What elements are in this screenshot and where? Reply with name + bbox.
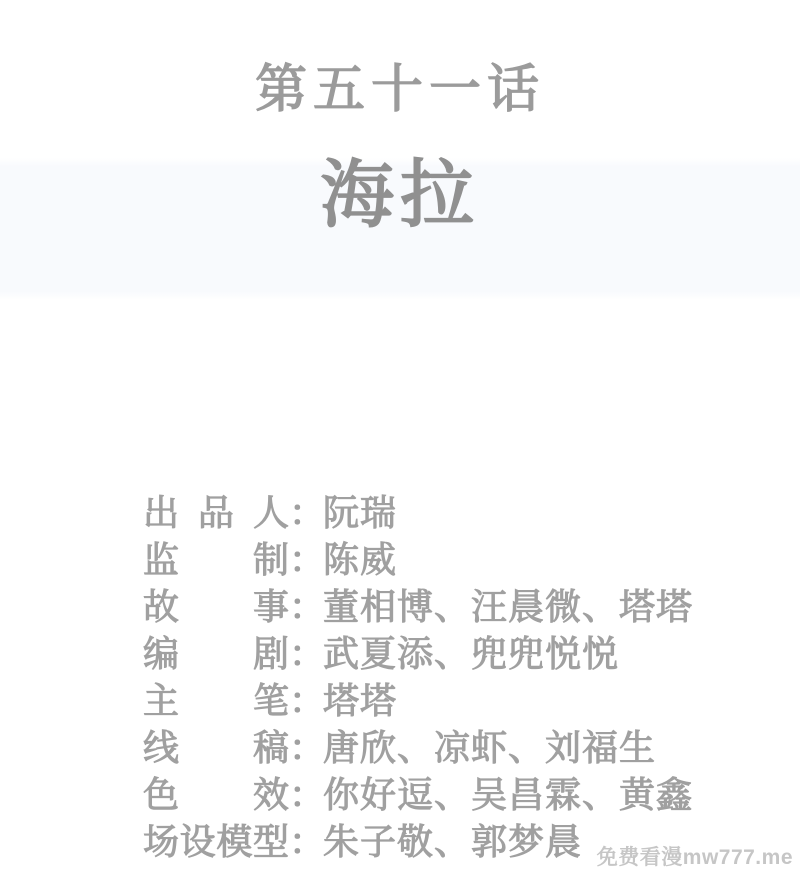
credit-role-char: 剧 — [253, 631, 289, 678]
credit-role-label: 出品人 — [143, 490, 289, 537]
credit-role-char: 效 — [253, 772, 289, 819]
credit-role-label: 线稿 — [143, 725, 289, 772]
credit-role-label: 场设模型 — [143, 819, 289, 866]
credit-colon: ： — [289, 772, 323, 819]
manga-chapter-title-page: 第五十一话 海拉 出品人：阮瑞监制：陈威故事：董相博、汪晨微、塔塔编剧：武夏添、… — [0, 0, 800, 875]
credit-colon: ： — [289, 819, 323, 866]
credit-names: 董相博、汪晨微、塔塔 — [323, 584, 693, 631]
credit-names: 唐欣、凉虾、刘福生 — [323, 725, 656, 772]
credit-row: 编剧：武夏添、兜兜悦悦 — [143, 631, 693, 678]
credit-names: 武夏添、兜兜悦悦 — [323, 631, 619, 678]
credit-role-label: 故事 — [143, 584, 289, 631]
credit-role-label: 编剧 — [143, 631, 289, 678]
credit-role-char: 设 — [180, 819, 216, 866]
credit-role-char: 品 — [198, 490, 234, 537]
credit-colon: ： — [289, 725, 323, 772]
credit-row: 出品人：阮瑞 — [143, 490, 693, 537]
credit-role-char: 出 — [143, 490, 179, 537]
credit-role-char: 型 — [253, 819, 289, 866]
credit-role-char: 人 — [253, 490, 289, 537]
credit-role-label: 色效 — [143, 772, 289, 819]
credit-row: 色效：你好逗、吴昌霖、黄鑫 — [143, 772, 693, 819]
credit-row: 线稿：唐欣、凉虾、刘福生 — [143, 725, 693, 772]
credit-role-char: 笔 — [253, 678, 289, 725]
credit-names: 你好逗、吴昌霖、黄鑫 — [323, 772, 693, 819]
credit-role-char: 模 — [216, 819, 252, 866]
credit-role-char: 事 — [253, 584, 289, 631]
credit-role-label: 主笔 — [143, 678, 289, 725]
credit-row: 故事：董相博、汪晨微、塔塔 — [143, 584, 693, 631]
watermark-text: 免费看漫mw777.me — [597, 841, 793, 871]
credit-role-char: 编 — [143, 631, 179, 678]
credit-role-char: 稿 — [253, 725, 289, 772]
credit-role-char: 色 — [143, 772, 179, 819]
credit-names: 阮瑞 — [323, 490, 397, 537]
credit-colon: ： — [289, 678, 323, 725]
credit-role-char: 线 — [143, 725, 179, 772]
credit-role-char: 制 — [253, 537, 289, 584]
credits-list: 出品人：阮瑞监制：陈威故事：董相博、汪晨微、塔塔编剧：武夏添、兜兜悦悦主笔：塔塔… — [143, 490, 693, 866]
credit-role-char: 场 — [143, 819, 179, 866]
credit-names: 塔塔 — [323, 678, 397, 725]
credit-row: 主笔：塔塔 — [143, 678, 693, 725]
credit-row: 监制：陈威 — [143, 537, 693, 584]
chapter-title-heading: 海拉 — [0, 156, 800, 237]
credit-names: 陈威 — [323, 537, 397, 584]
credit-colon: ： — [289, 490, 323, 537]
credit-role-char: 主 — [143, 678, 179, 725]
chapter-number-heading: 第五十一话 — [0, 62, 800, 119]
credit-colon: ： — [289, 537, 323, 584]
credit-names: 朱子敬、郭梦晨 — [323, 819, 582, 866]
credit-colon: ： — [289, 584, 323, 631]
credit-colon: ： — [289, 631, 323, 678]
credit-role-char: 故 — [143, 584, 179, 631]
credit-role-char: 监 — [143, 537, 179, 584]
credit-role-label: 监制 — [143, 537, 289, 584]
